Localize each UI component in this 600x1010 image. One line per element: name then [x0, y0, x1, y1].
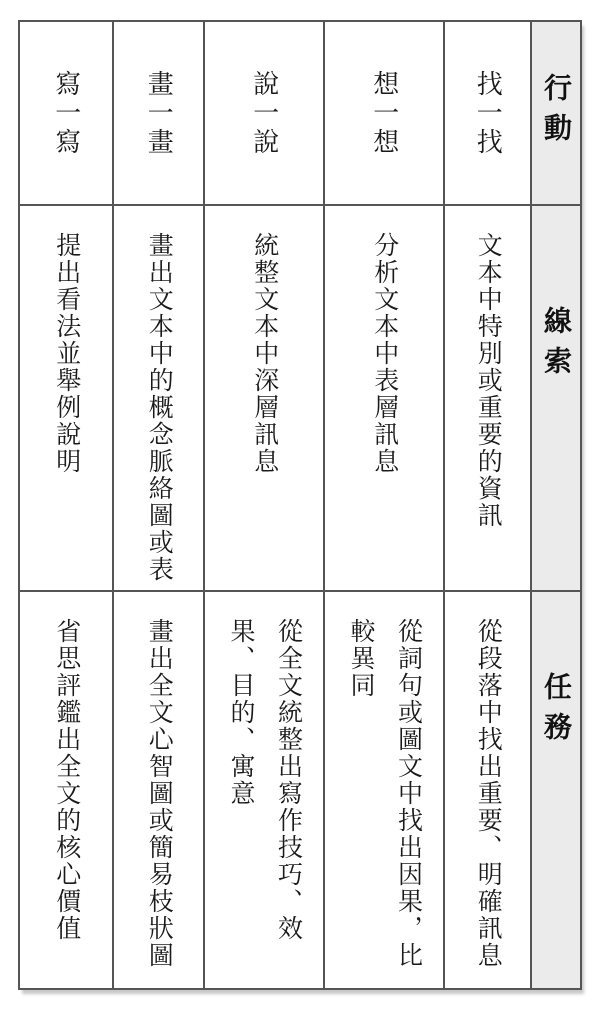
clue-text-find: 文本中特別或重要的資訊 — [464, 232, 512, 529]
cell-task-write: 省思評鑑出全文的核心價值 — [20, 592, 112, 988]
cell-task-say: 從全文統整出寫作技巧、效 果、目的、寓意 — [205, 592, 323, 988]
row-header-action: 行動 — [532, 22, 580, 204]
clue-text-say: 統整文本中深層訊息 — [240, 232, 288, 475]
clue-text-draw: 畫出文本中的概念脈絡圖或表 — [135, 232, 183, 583]
clue-text-think: 分析文本中表層訊息 — [360, 232, 408, 475]
cell-task-think: 從詞句或圖文中找出因果，比 較異同 — [325, 592, 443, 988]
row-header-clue-label: 線索 — [536, 306, 576, 386]
row-header-action-label: 行動 — [536, 73, 576, 153]
cell-clue-say: 統整文本中深層訊息 — [205, 206, 323, 590]
task-text-say: 從全文統整出寫作技巧、效 果、目的、寓意 — [217, 618, 312, 942]
cell-clue-find: 文本中特別或重要的資訊 — [445, 206, 530, 590]
action-label-write: 寫一寫 — [41, 70, 90, 157]
row-header-task-label: 任務 — [536, 672, 576, 752]
row-header-clue: 線索 — [532, 206, 580, 590]
task-text-draw: 畫出全文心智圖或簡易枝狀圖 — [135, 618, 183, 969]
cell-clue-write: 提出看法並舉例說明 — [20, 206, 112, 590]
scanned-table-page: 寫一寫 畫一畫 說一說 想一想 找一找 行動 提出看法並舉例說明 畫出文本中的概… — [0, 0, 600, 1010]
cell-action-say: 說一說 — [205, 22, 323, 204]
cell-task-find: 從段落中找出重要、明確訊息 — [445, 592, 530, 988]
cell-action-write: 寫一寫 — [20, 22, 112, 204]
action-label-find: 找一找 — [463, 70, 512, 157]
action-label-say: 說一說 — [239, 70, 288, 157]
cell-clue-draw: 畫出文本中的概念脈絡圖或表 — [114, 206, 203, 590]
action-label-think: 想一想 — [359, 70, 408, 157]
cell-clue-think: 分析文本中表層訊息 — [325, 206, 443, 590]
clue-text-write: 提出看法並舉例說明 — [42, 232, 90, 475]
task-text-think: 從詞句或圖文中找出因果，比 較異同 — [337, 618, 432, 969]
task-text-write: 省思評鑑出全文的核心價值 — [42, 618, 90, 942]
cell-action-draw: 畫一畫 — [114, 22, 203, 204]
cell-action-think: 想一想 — [325, 22, 443, 204]
cell-task-draw: 畫出全文心智圖或簡易枝狀圖 — [114, 592, 203, 988]
task-text-find: 從段落中找出重要、明確訊息 — [464, 618, 512, 969]
cell-action-find: 找一找 — [445, 22, 530, 204]
row-header-task: 任務 — [532, 592, 580, 988]
action-label-draw: 畫一畫 — [134, 70, 183, 157]
reading-strategy-table: 寫一寫 畫一畫 說一說 想一想 找一找 行動 提出看法並舉例說明 畫出文本中的概… — [18, 20, 582, 990]
